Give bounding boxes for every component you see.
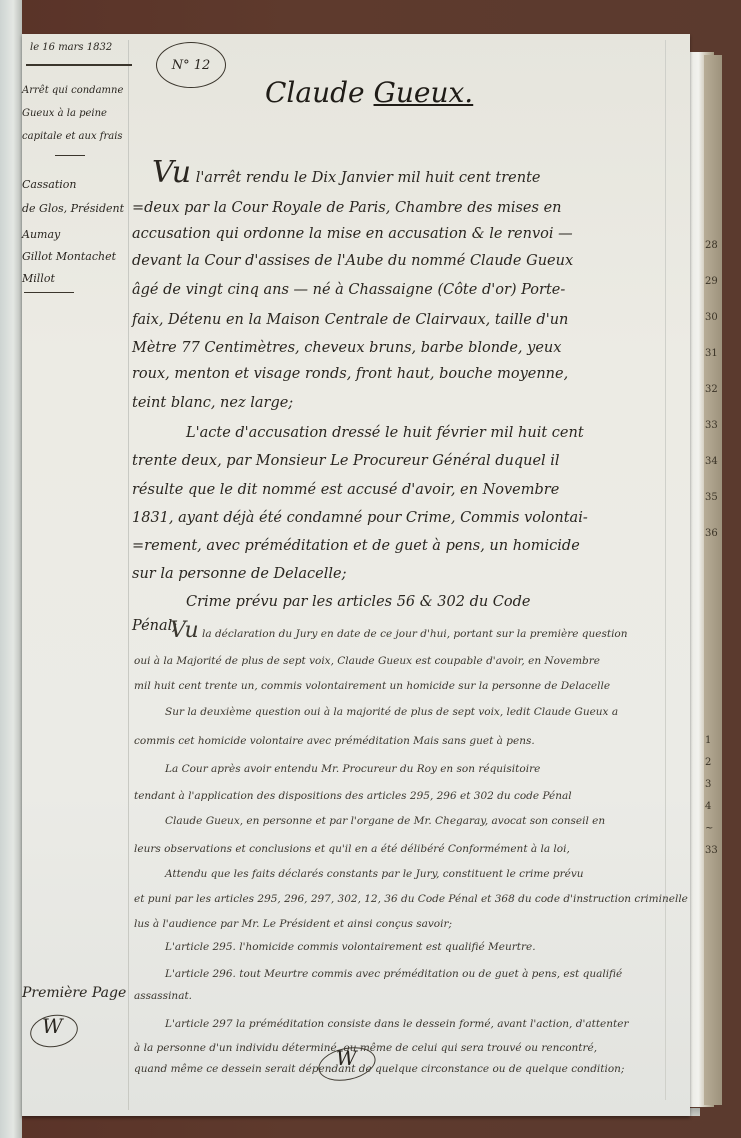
index-tab-number: 1 [705,735,711,746]
body-line-text: commis cet homicide volontaire avec prém… [134,735,535,747]
body-line: L'acte d'accusation dressé le huit févri… [186,425,584,441]
body-line: 1831, ayant déjà été condamné pour Crime… [132,510,588,526]
index-tab-number: 33 [705,420,718,431]
body-line: =rement, avec préméditation et de guet à… [132,538,580,554]
index-tab-number: 4 [705,801,711,812]
body-line-text: accusation qui ordonne la mise en accusa… [132,226,573,242]
margin-note-line: capitale et aux frais [22,131,123,142]
body-line: Vu la déclaration du Jury en date de ce … [170,618,628,643]
body-line-text: L'article 297 la préméditation consiste … [165,1018,628,1030]
body-line: Crime prévu par les articles 56 & 302 du… [186,594,530,610]
body-line-text: Sur la deuxième question oui à la majori… [165,706,618,718]
body-line-text: Attendu que les faits déclarés constants… [165,868,584,880]
clerk-paraph-initial: W [336,1046,357,1070]
margin-footer: Première Page [22,985,126,1001]
body-line-text: l'arrêt rendu le Dix Janvier mil huit ce… [196,170,541,186]
body-line-text: L'article 296. tout Meurtre commis avec … [165,968,622,980]
body-line: Attendu que les faits déclarés constants… [165,868,584,880]
body-line: leurs observations et conclusions et qu'… [134,843,570,855]
body-line-text: devant la Cour d'assises de l'Aube du no… [132,253,573,269]
body-line-text: Mètre 77 Centimètres, cheveux bruns, bar… [132,340,561,356]
vu-initial: Vu [152,155,191,190]
index-tab-number: 28 [705,240,718,251]
index-tab-number: 33 [705,845,718,856]
left-page-edge [0,0,22,1138]
margin-note-line: Gueux à la peine [22,108,107,119]
margin-note-line: Aumay [22,228,60,241]
margin-rule [128,40,129,1110]
body-line-text: lus à l'audience par Mr. Le Président et… [134,918,452,930]
right-margin-rule [665,40,666,1100]
body-line: accusation qui ordonne la mise en accusa… [132,226,573,242]
body-line: La Cour après avoir entendu Mr. Procureu… [165,763,540,775]
body-line: et puni par les articles 295, 296, 297, … [134,893,674,905]
body-line-text: et puni par les articles 295, 296, 297, … [134,893,688,905]
body-line-text: La Cour après avoir entendu Mr. Procureu… [165,763,540,775]
margin-note-line: Gillot Montachet [22,250,116,263]
vu-initial: Vu [170,618,199,643]
body-line: mil huit cent trente un, commis volontai… [134,680,610,692]
body-line: lus à l'audience par Mr. Le Président et… [134,918,452,930]
body-line: quand même ce dessein serait dépendant d… [134,1063,624,1075]
body-line: faix, Détenu en la Maison Centrale de Cl… [132,312,568,328]
body-line: =deux par la Cour Royale de Paris, Chamb… [132,200,562,216]
body-line-text: =rement, avec préméditation et de guet à… [132,538,580,554]
page-title: Claude Gueux. [265,76,473,109]
body-line-text: faix, Détenu en la Maison Centrale de Cl… [132,312,568,328]
body-line-text: tendant à l'application des dispositions… [134,790,572,802]
margin-note-line: Arrêt qui condamne [22,85,123,96]
body-line: L'article 297 la préméditation consiste … [165,1018,628,1030]
body-line-text: assassinat. [134,990,192,1002]
body-line-text: oui à la Majorité de plus de sept voix, … [134,655,600,667]
index-tab-number: 35 [705,492,718,503]
body-line-text: L'acte d'accusation dressé le huit févri… [186,425,584,441]
body-line: âgé de vingt cinq ans — né à Chassaigne … [132,282,565,298]
margin-note-line: Millot [22,272,55,285]
body-line-text: roux, menton et visage ronds, front haut… [132,366,568,382]
body-line: L'article 295. l'homicide commis volonta… [165,941,536,953]
body-line: Claude Gueux, en personne et par l'organ… [165,815,605,827]
body-line: Sur la deuxième question oui à la majori… [165,706,618,718]
body-line-text: la déclaration du Jury en date de ce jou… [202,628,628,640]
body-line-text: teint blanc, nez large; [132,395,293,411]
margin-flourish [55,155,85,156]
register-page [22,34,690,1116]
margin-flourish [26,64,132,66]
title-first-name: Claude [265,76,365,109]
body-line-text: sur la personne de Delacelle; [132,566,346,582]
body-line-text: âgé de vingt cinq ans — né à Chassaigne … [132,282,565,298]
body-line-text: quand même ce dessein serait dépendant d… [134,1063,624,1075]
body-line-text: leurs observations et conclusions et qu'… [134,843,570,855]
body-line-text: trente deux, par Monsieur Le Procureur G… [132,453,560,469]
index-tab-number: ~ [705,823,713,834]
body-line: roux, menton et visage ronds, front haut… [132,366,568,382]
body-line: tendant à l'application des dispositions… [134,790,572,802]
body-line-text: Crime prévu par les articles 56 & 302 du… [186,594,530,610]
index-tab-number: 34 [705,456,718,467]
body-line: L'article 296. tout Meurtre commis avec … [165,968,622,980]
index-tab-number: 29 [705,276,718,287]
body-line-text: Claude Gueux, en personne et par l'organ… [165,815,605,827]
margin-flourish [24,292,74,293]
index-tab-number: 30 [705,312,718,323]
index-tab-number: 36 [705,528,718,539]
entry-number: N° 12 [156,42,226,88]
body-line-text: résulte que le dit nommé est accusé d'av… [132,482,559,498]
body-line: commis cet homicide volontaire avec prém… [134,735,535,747]
margin-date: le 16 mars 1832 [30,42,112,53]
margin-note-line: Cassation [22,178,76,191]
body-line-text: 1831, ayant déjà été condamné pour Crime… [132,510,588,526]
body-line: Vu l'arrêt rendu le Dix Janvier mil huit… [152,155,541,190]
body-line: devant la Cour d'assises de l'Aube du no… [132,253,573,269]
body-line: teint blanc, nez large; [132,395,293,411]
thumb-index-tabs [704,55,722,1105]
body-line: résulte que le dit nommé est accusé d'av… [132,482,559,498]
body-line: assassinat. [134,990,192,1002]
body-line-text: L'article 295. l'homicide commis volonta… [165,941,536,953]
margin-note-line: de Glos, Président [22,202,124,215]
body-line: oui à la Majorité de plus de sept voix, … [134,655,600,667]
index-tab-number: 2 [705,757,711,768]
body-line-text: =deux par la Cour Royale de Paris, Chamb… [132,200,562,216]
body-line-text: mil huit cent trente un, commis volontai… [134,680,610,692]
body-line: Mètre 77 Centimètres, cheveux bruns, bar… [132,340,561,356]
body-line: trente deux, par Monsieur Le Procureur G… [132,453,560,469]
title-surname: Gueux. [374,76,474,109]
index-tab-number: 3 [705,779,711,790]
index-tab-number: 32 [705,384,718,395]
margin-paraph-initial: W [42,1014,63,1038]
index-tab-number: 31 [705,348,718,359]
body-line: sur la personne de Delacelle; [132,566,346,582]
